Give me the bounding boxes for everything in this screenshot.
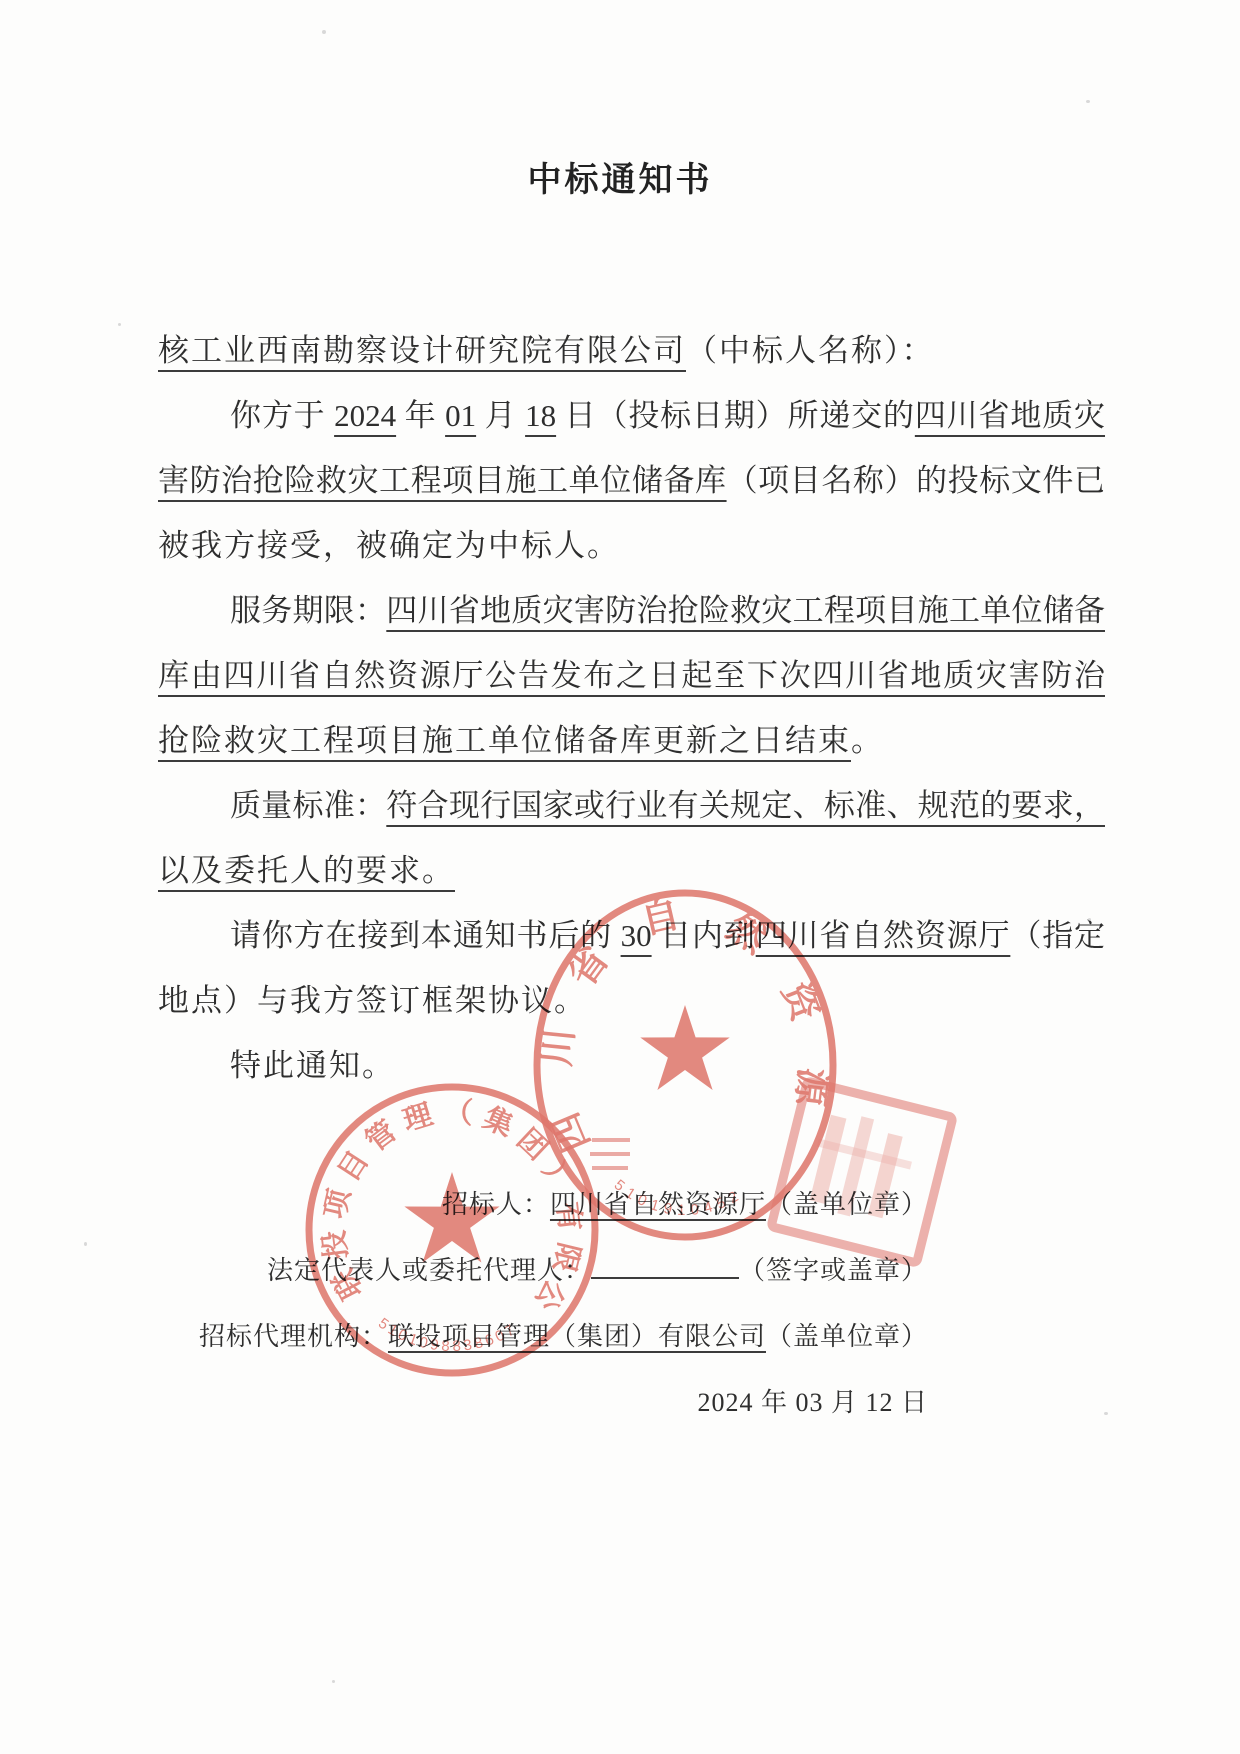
text-segment: （签字或盖章） [739, 1256, 928, 1285]
document-body: 核工业西南勘察设计研究院有限公司（中标人名称）：你方于 2024 年 01 月 … [158, 318, 1105, 1098]
document-line: 招标人：四川省自然资源厅（盖单位章） [199, 1172, 928, 1238]
document-line: 你方于 2024 年 01 月 18 日（投标日期）所递交的四川省地质灾 [158, 383, 1105, 448]
signature-block: 招标人：四川省自然资源厅（盖单位章）法定代表人或委托代理人：（签字或盖章）招标代… [199, 1172, 928, 1436]
signature-lines: 招标人：四川省自然资源厅（盖单位章）法定代表人或委托代理人：（签字或盖章）招标代… [199, 1172, 928, 1370]
text-segment: 以及委托人的要求。 [158, 853, 455, 888]
text-segment: 请你方在接到本通知书后的 [230, 918, 621, 953]
text-segment: 你方于 [230, 398, 334, 433]
text-segment: 。 [851, 723, 884, 758]
document-page: 中标通知书 核工业西南勘察设计研究院有限公司（中标人名称）：你方于 2024 年… [0, 0, 1240, 1754]
document-line: 被我方接受，被确定为中标人。 [158, 513, 1105, 578]
document-line: 库由四川省自然资源厅公告发布之日起至下次四川省地质灾害防治 [158, 643, 1105, 708]
text-segment: 01 [445, 398, 476, 433]
text-segment: 四川省地质灾 [915, 398, 1105, 433]
scan-speck [84, 1242, 87, 1246]
text-segment: （中标人名称）： [686, 333, 935, 368]
text-segment: 日内到 [652, 918, 756, 953]
text-segment: 害防治抢险救灾工程项目施工单位储备库 [158, 463, 727, 498]
text-segment: 30 [621, 918, 652, 953]
text-segment: 被我方接受，被确定为中标人。 [158, 528, 620, 563]
document-line: 服务期限：四川省地质灾害防治抢险救灾工程项目施工单位储备 [158, 578, 1105, 643]
text-segment: 四川省自然资源厅 [550, 1190, 766, 1219]
text-segment: 符合现行国家或行业有关规定、标准、规范的要求， [386, 788, 1105, 823]
document-line: 质量标准：符合现行国家或行业有关规定、标准、规范的要求， [158, 773, 1105, 838]
text-segment: 四川省自然资源厅 [756, 918, 1011, 953]
text-segment: 地点）与我方签订框架协议。 [158, 983, 587, 1018]
text-segment: 联投项目管理（集团）有限公司 [388, 1322, 766, 1351]
document-line: 请你方在接到本通知书后的 30 日内到四川省自然资源厅（指定 [158, 903, 1105, 968]
scan-speck [1092, 608, 1096, 612]
document-line: 招标代理机构：联投项目管理（集团）有限公司（盖单位章） [199, 1304, 928, 1370]
document-line: 特此通知。 [158, 1033, 1105, 1098]
document-date: 2024 年 03 月 12 日 [697, 1388, 928, 1417]
text-segment: 服务期限： [230, 593, 386, 628]
text-segment: 库由四川省自然资源厅公告发布之日起至下次四川省地质灾害防治 [158, 658, 1105, 693]
text-segment: 抢险救灾工程项目施工单位储备库更新之日结束 [158, 723, 851, 758]
document-line: 抢险救灾工程项目施工单位储备库更新之日结束。 [158, 708, 1105, 773]
text-segment: 法定代表人或委托代理人： [267, 1256, 591, 1285]
document-title: 中标通知书 [0, 152, 1240, 201]
scan-speck [1086, 100, 1090, 103]
text-segment: 四川省地质灾害防治抢险救灾工程项目施工单位储备 [386, 593, 1105, 628]
text-segment: 日（投标日期）所递交的 [556, 398, 915, 433]
date-line: 2024 年 03 月 12 日 [199, 1370, 928, 1436]
text-segment: （指定 [1010, 918, 1105, 953]
document-line: 法定代表人或委托代理人：（签字或盖章） [199, 1238, 928, 1304]
text-segment: 质量标准： [230, 788, 386, 823]
scan-speck [322, 30, 326, 34]
document-line: 害防治抢险救灾工程项目施工单位储备库（项目名称）的投标文件已 [158, 448, 1105, 513]
text-segment: 月 [476, 398, 525, 433]
document-line: 地点）与我方签订框架协议。 [158, 968, 1105, 1033]
text-segment: 招标人： [442, 1190, 550, 1219]
document-line: 核工业西南勘察设计研究院有限公司（中标人名称）： [158, 318, 1105, 383]
signature-blank [591, 1255, 739, 1279]
text-segment: （盖单位章） [766, 1322, 928, 1351]
scan-speck [118, 323, 121, 326]
text-segment: 年 [396, 398, 445, 433]
text-segment: （盖单位章） [766, 1190, 928, 1219]
scan-speck [1104, 1412, 1108, 1415]
scan-speck [332, 1680, 335, 1683]
text-segment: 2024 [334, 398, 396, 433]
tenderer-seal-inner-marks [590, 1138, 630, 1170]
text-segment: 招标代理机构： [199, 1322, 388, 1351]
document-line: 以及委托人的要求。 [158, 838, 1105, 903]
text-segment: 特此通知。 [230, 1048, 395, 1083]
text-segment: 18 [525, 398, 556, 433]
scan-speck [1088, 918, 1091, 921]
text-segment: 核工业西南勘察设计研究院有限公司 [158, 333, 686, 368]
text-segment: （项目名称）的投标文件已 [727, 463, 1105, 498]
